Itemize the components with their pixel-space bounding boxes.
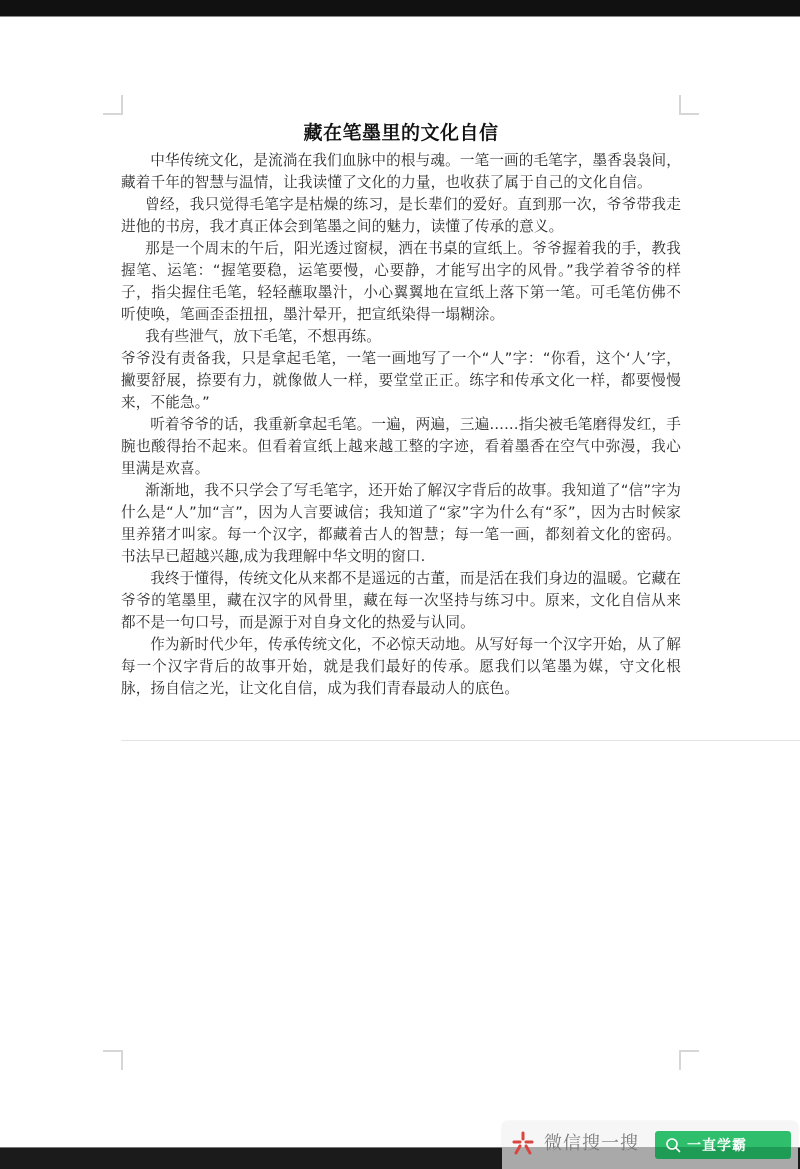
page-divider [121, 740, 800, 741]
paragraph-9: 作为新时代少年，传承传统文化，不必惊天动地。从写好每一个汉字开始，从了解每一个汉… [121, 634, 681, 700]
paragraph-2: 曾经，我只觉得毛笔字是枯燥的练习，是长辈们的爱好。直到那一次，爷爷带我走进他的书… [121, 194, 681, 238]
wechat-search-widget[interactable]: 微信搜一搜 一直学霸 [502, 1121, 798, 1169]
wechat-search-logo-icon [510, 1130, 536, 1156]
page-margin-corner-bottom-right [679, 1050, 699, 1070]
document-page: 藏在笔墨里的文化自信 中华传统文化，是流淌在我们血脉中的根与魂。一笔一画的毛笔字… [121, 118, 681, 700]
paragraph-1: 中华传统文化，是流淌在我们血脉中的根与魂。一笔一画的毛笔字，墨香袅袅间，藏着千年… [121, 150, 681, 194]
document-title: 藏在笔墨里的文化自信 [121, 118, 681, 148]
paragraph-4: 我有些泄气，放下毛笔，不想再练。 [121, 326, 681, 348]
paragraph-5: 爷爷没有责备我，只是拿起毛笔，一笔一画地写了一个“人”字：“你看，这个‘人’字，… [121, 348, 681, 414]
page-margin-corner-top-right [679, 95, 699, 115]
paragraph-3: 那是一个周末的午后，阳光透过窗棂，洒在书桌的宣纸上。爷爷握着我的手，教我握笔、运… [121, 238, 681, 326]
wechat-search-label: 微信搜一搜 [544, 1131, 639, 1157]
paragraph-6: 听着爷爷的话，我重新拿起毛笔。一遍，两遍，三遍……指尖被毛笔磨得发红，手腕也酸得… [121, 414, 681, 480]
page-margin-corner-top-left [103, 95, 123, 115]
paragraph-7: 渐渐地，我不只学会了写毛笔字，还开始了解汉字背后的故事。我知道了“信”字为什么是… [121, 480, 681, 568]
search-query-text: 一直学霸 [687, 1135, 747, 1155]
search-query-button[interactable]: 一直学霸 [655, 1131, 791, 1159]
paragraph-8: 我终于懂得，传统文化从来都不是遥远的古董，而是活在我们身边的温暖。它藏在爷爷的笔… [121, 568, 681, 634]
top-status-bar [0, 0, 800, 17]
search-icon [665, 1137, 681, 1153]
page-margin-corner-bottom-left [103, 1050, 123, 1070]
